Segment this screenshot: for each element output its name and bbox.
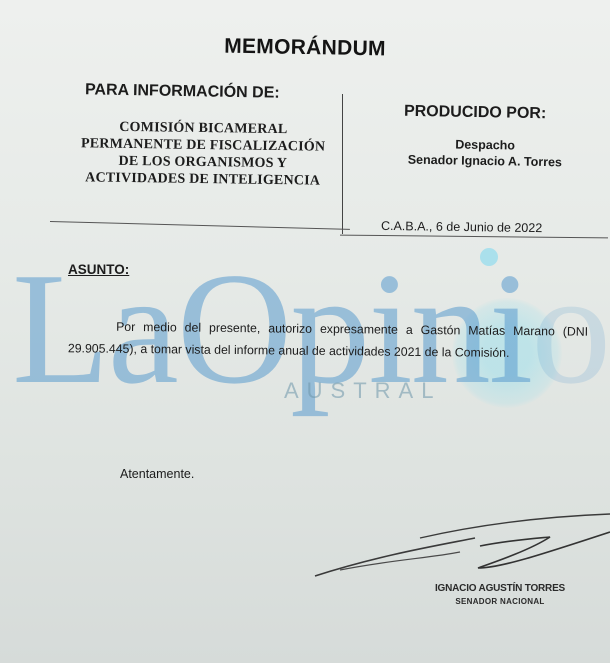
signatory-role: SENADOR NACIONAL xyxy=(420,597,580,606)
recipient-block: COMISIÓN BICAMERAL PERMANENTE DE FISCALI… xyxy=(58,118,349,190)
memo-date: C.A.B.A., 6 de Junio de 2022 xyxy=(381,219,542,235)
header-rule-left xyxy=(50,221,350,230)
watermark-subtitle: AUSTRAL xyxy=(284,378,441,404)
producer-block: Despacho Senador Ignacio A. Torres xyxy=(380,135,591,171)
memo-title: MEMORÁNDUM xyxy=(0,31,610,66)
recipient-heading: PARA INFORMACIÓN DE: xyxy=(85,81,280,102)
recipient-line: ACTIVIDADES DE INTELIGENCIA xyxy=(58,169,348,190)
header-rule-right xyxy=(340,235,608,239)
producer-line: Senador Ignacio A. Torres xyxy=(380,151,590,171)
subject-label: ASUNTO: xyxy=(68,262,129,277)
producer-heading: PRODUCIDO POR: xyxy=(404,103,547,123)
watermark-dot xyxy=(480,248,498,266)
column-divider xyxy=(342,94,343,234)
memo-body: Por medio del presente, autorizo expresa… xyxy=(68,315,588,364)
memo-page: MEMORÁNDUM PARA INFORMACIÓN DE: COMISIÓN… xyxy=(0,0,610,663)
closing: Atentamente. xyxy=(120,467,194,481)
signature-scribble xyxy=(300,510,610,590)
